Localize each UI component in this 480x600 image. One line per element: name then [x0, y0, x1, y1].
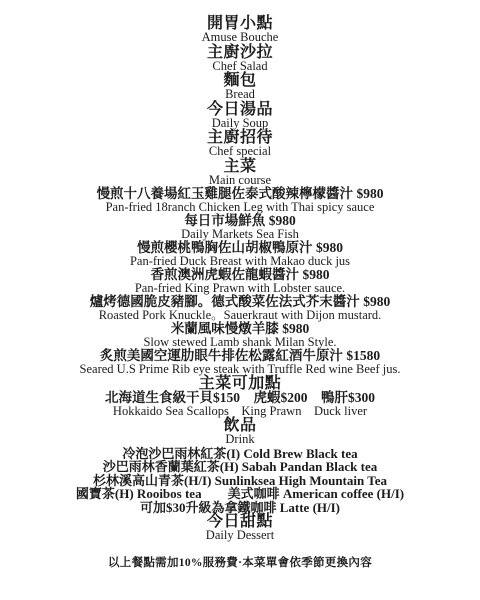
drink-item: 沙巴雨林香蘭葉紅茶(H) Sabah Pandan Black tea [0, 460, 480, 474]
menu-line-text: Chef Salad [212, 59, 267, 73]
menu-line-text: Drink [225, 432, 254, 446]
menu-page: 開胃小點Amuse Bouche主廚沙拉Chef Salad麵包Bread今日湯… [0, 0, 480, 600]
dish-name-en: Slow stewed Lamb shank Milan Style. [0, 336, 480, 350]
section-title-en: Amuse Bouche [0, 31, 480, 45]
dish-name-zh: 炙煎美國空運肋眼牛排佐松露紅酒牛原汁 $1580 [0, 349, 480, 363]
dish-name-zh: 每日市場鮮魚 $980 [0, 214, 480, 228]
menu-lines: 開胃小點Amuse Bouche主廚沙拉Chef Salad麵包Bread今日湯… [0, 16, 480, 543]
section-title-zh: 主菜可加點 [0, 376, 480, 391]
menu-line-text: Pan-fried King Prawn with Lobster sauce. [135, 281, 345, 295]
section-title-en: Chef special [0, 145, 480, 159]
section-title-en: Chef Salad [0, 60, 480, 74]
menu-line-text: Main course [209, 173, 271, 187]
dish-name-zh: 北海道生食級干貝$150 虎蝦$200 鴨肝$300 [0, 391, 480, 405]
menu-line-text: Daily Markets Sea Fish [181, 227, 299, 241]
dish-name-en: Pan-fried King Prawn with Lobster sauce. [0, 282, 480, 296]
dish-name-en: Pan-fried Duck Breast with Makao duck ju… [0, 255, 480, 269]
dish-name-zh: 米蘭風味慢燉羊膝 $980 [0, 322, 480, 336]
drink-item: 杉林溪高山青茶(H/I) Sunlinksea High Mountain Te… [0, 474, 480, 488]
menu-line-text: Slow stewed Lamb shank Milan Style. [143, 335, 336, 349]
dish-name-zh: 慢煎櫻桃鴨胸佐山胡椒鴨原汁 $980 [0, 241, 480, 255]
section-title-zh: 主廚沙拉 [0, 45, 480, 60]
dish-name-zh: 香煎澳洲虎蝦佐龍蝦醬汁 $980 [0, 268, 480, 282]
menu-line-text: Bread [225, 87, 255, 101]
dish-name-zh: 爐烤德國脆皮豬腳。德式酸菜佐法式芥末醬汁 $980 [0, 295, 480, 309]
dish-name-zh: 慢煎十八養場紅玉雞腿佐泰式酸辣檸檬醬汁 $980 [0, 187, 480, 201]
section-title-zh: 主廚招待 [0, 130, 480, 145]
menu-line-text: Roasted Pork Knuckle。Sauerkraut with Dij… [99, 308, 382, 322]
section-title-zh: 開胃小點 [0, 16, 480, 31]
section-title-en: Drink [0, 433, 480, 447]
menu-line-text: Pan-fried 18ranch Chicken Leg with Thai … [106, 200, 375, 214]
menu-line-text: Seared U.S Prime Rib eye steak with Truf… [80, 362, 401, 376]
section-title-zh: 飲品 [0, 418, 480, 433]
section-title-en: Bread [0, 88, 480, 102]
section-title-en: Main course [0, 174, 480, 188]
drink-item: 可加$30升級為拿鐵咖啡 Latte (H/I) [0, 501, 480, 515]
dish-name-en: Hokkaido Sea Scallops King Prawn Duck li… [0, 405, 480, 419]
drink-item: 冷泡沙巴雨林紅茶(I) Cold Brew Black tea [0, 447, 480, 461]
menu-line-text: Amuse Bouche [202, 30, 279, 44]
section-title-en: Daily Dessert [0, 529, 480, 543]
section-title-zh: 主菜 [0, 159, 480, 174]
menu-line-text: Chef special [209, 144, 271, 158]
dish-name-en: Daily Markets Sea Fish [0, 228, 480, 242]
dish-name-en: Pan-fried 18ranch Chicken Leg with Thai … [0, 201, 480, 215]
section-title-zh: 今日湯品 [0, 102, 480, 117]
section-title-zh: 今日甜點 [0, 514, 480, 529]
dish-name-en: Roasted Pork Knuckle。Sauerkraut with Dij… [0, 309, 480, 323]
menu-line-text: Daily Soup [212, 116, 269, 130]
section-title-en: Daily Soup [0, 117, 480, 131]
service-charge-note: 以上餐點需加10%服務費·本菜單會依季節更換內容 [0, 556, 480, 570]
drink-item: 國寶茶(H) Rooibos tea 美式咖啡 American coffee … [0, 487, 480, 501]
menu-line-text: Pan-fried Duck Breast with Makao duck ju… [130, 254, 350, 268]
section-title-zh: 麵包 [0, 73, 480, 88]
dish-name-en: Seared U.S Prime Rib eye steak with Truf… [0, 363, 480, 377]
menu-line-text: Daily Dessert [206, 528, 274, 542]
menu-line-text: Hokkaido Sea Scallops King Prawn Duck li… [113, 404, 367, 418]
